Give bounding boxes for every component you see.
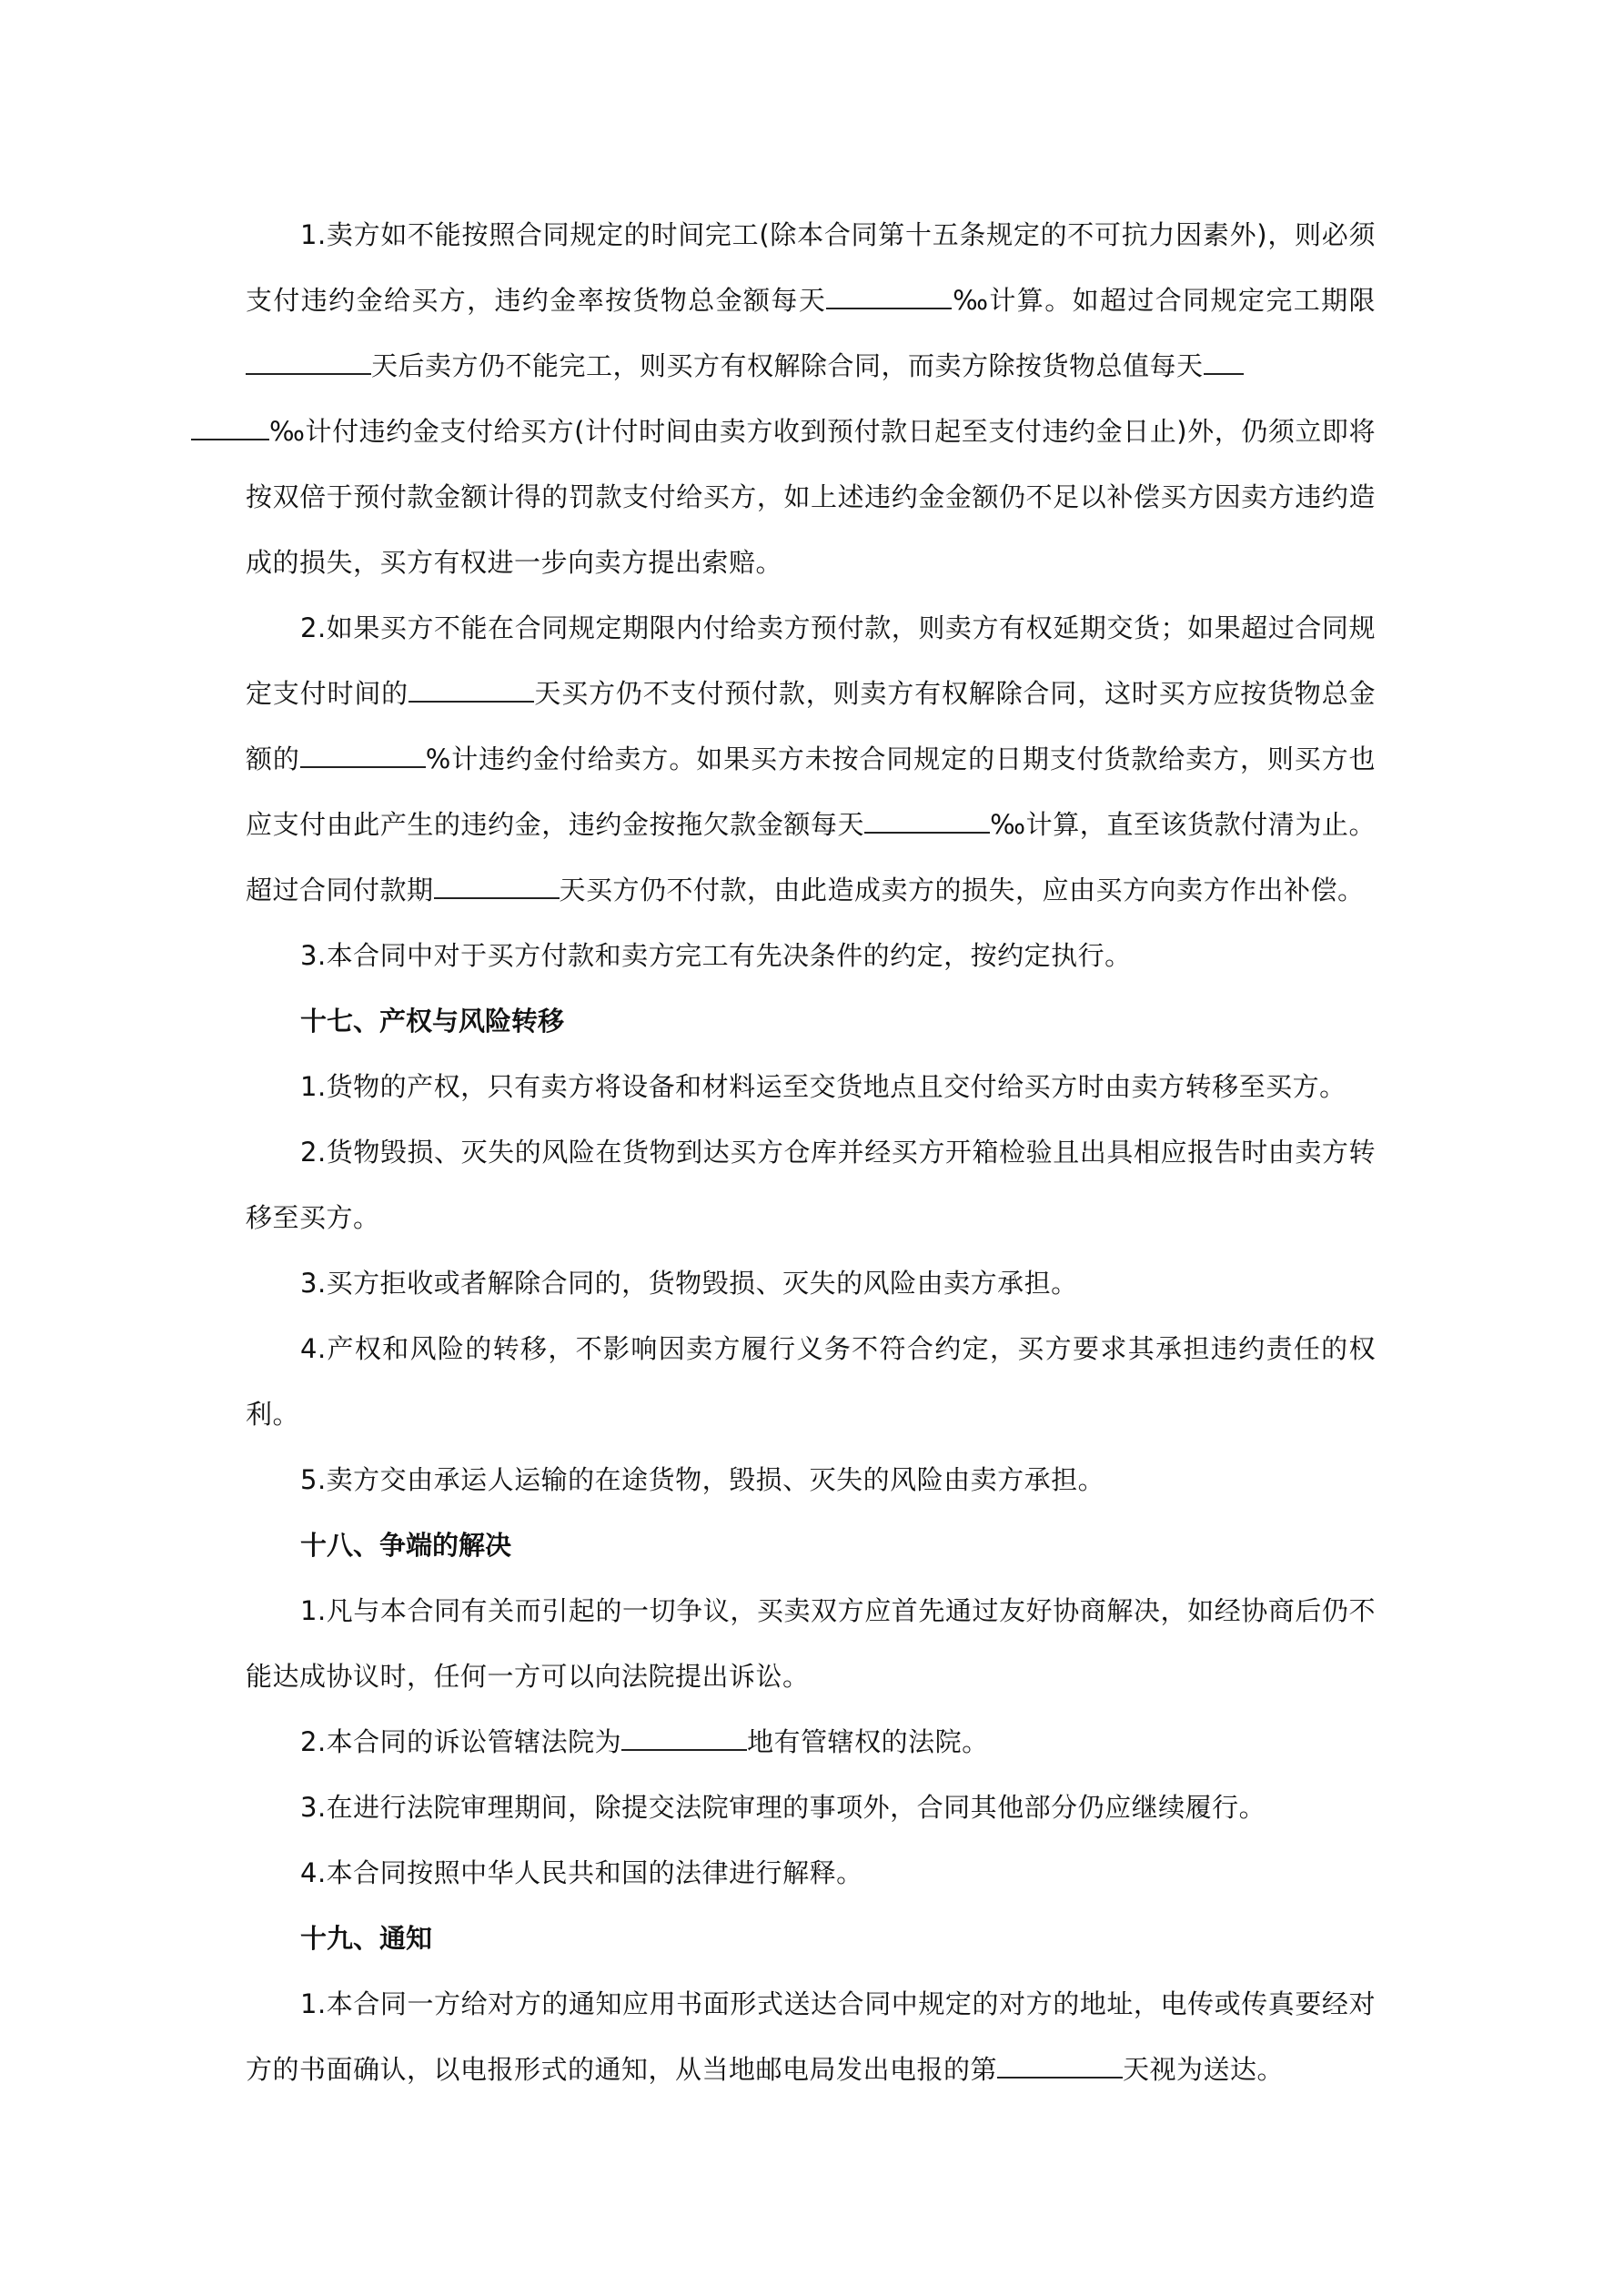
clause-18-2: 2.本合同的诉讼管辖法院为地有管辖权的法院。 [246, 1709, 1376, 1775]
clause-17-1: 1.货物的产权，只有卖方将设备和材料运至交货地点且交付给买方时由卖方转移至买方。 [246, 1054, 1376, 1119]
clause-text: 地有管辖权的法院。 [747, 1726, 989, 1757]
clause-17-5: 5.卖方交由承运人运输的在途货物，毁损、灭失的风险由卖方承担。 [246, 1447, 1376, 1512]
clause-17-4: 4.产权和风险的转移，不影响因卖方履行义务不符合约定，买方要求其承担违约责任的权… [246, 1316, 1376, 1447]
document-page: 1.卖方如不能按照合同规定的时间完工(除本合同第十五条规定的不可抗力因素外)，则… [246, 202, 1376, 2102]
clause-18-4: 4.本合同按照中华人民共和国的法律进行解释。 [246, 1840, 1376, 1906]
fill-in-blank[interactable] [409, 675, 534, 703]
section-heading-18: 十八、争端的解决 [246, 1512, 1376, 1578]
fill-in-blank[interactable] [246, 348, 371, 375]
clause-text: 2.本合同的诉讼管辖法院为 [300, 1726, 621, 1757]
clause-17-2: 2.货物毁损、灭失的风险在货物到达买方仓库并经买方开箱检验且出具相应报告时由卖方… [246, 1119, 1376, 1250]
fill-in-blank[interactable] [826, 282, 952, 309]
fill-in-blank[interactable] [434, 872, 560, 899]
clause-19-1: 1.本合同一方给对方的通知应用书面形式送达合同中规定的对方的地址，电传或传真要经… [246, 1971, 1376, 2102]
clause-18-1: 1.凡与本合同有关而引起的一切争议，买卖双方应首先通过友好协商解决，如经协商后仍… [246, 1578, 1376, 1709]
fill-in-blank[interactable] [997, 2051, 1123, 2079]
clause-text: ‰计算。如超过合同规定完工期限 [952, 285, 1376, 316]
fill-in-blank[interactable] [621, 1724, 747, 1751]
clause-text: 天后卖方仍不能完工，则买方有权解除合同，而卖方除按货物总值每天 [371, 350, 1204, 381]
clause-text: 天买方仍不付款，由此造成卖方的损失，应由买方向卖方作出补偿。 [560, 875, 1365, 905]
fill-in-blank[interactable] [191, 413, 269, 440]
fill-in-blank[interactable] [1204, 348, 1244, 375]
section-heading-17: 十七、产权与风险转移 [246, 988, 1376, 1054]
clause-text: ‰计付违约金支付给买方(计付时间由卖方收到预付款日起至支付违约金日止)外，仍须立… [246, 416, 1376, 578]
clause-text: 天视为送达。 [1123, 2054, 1284, 2085]
clause-17-3: 3.买方拒收或者解除合同的，货物毁损、灭失的风险由卖方承担。 [246, 1250, 1376, 1316]
clause-penalty-1: 1.卖方如不能按照合同规定的时间完工(除本合同第十五条规定的不可抗力因素外)，则… [246, 202, 1376, 595]
section-heading-19: 十九、通知 [246, 1906, 1376, 1971]
fill-in-blank[interactable] [300, 741, 426, 768]
fill-in-blank[interactable] [864, 806, 990, 834]
clause-penalty-2: 2.如果买方不能在合同规定期限内付给卖方预付款，则卖方有权延期交货；如果超过合同… [246, 595, 1376, 923]
clause-penalty-3: 3.本合同中对于买方付款和卖方完工有先决条件的约定，按约定执行。 [246, 923, 1376, 988]
clause-18-3: 3.在进行法院审理期间，除提交法院审理的事项外，合同其他部分仍应继续履行。 [246, 1775, 1376, 1840]
